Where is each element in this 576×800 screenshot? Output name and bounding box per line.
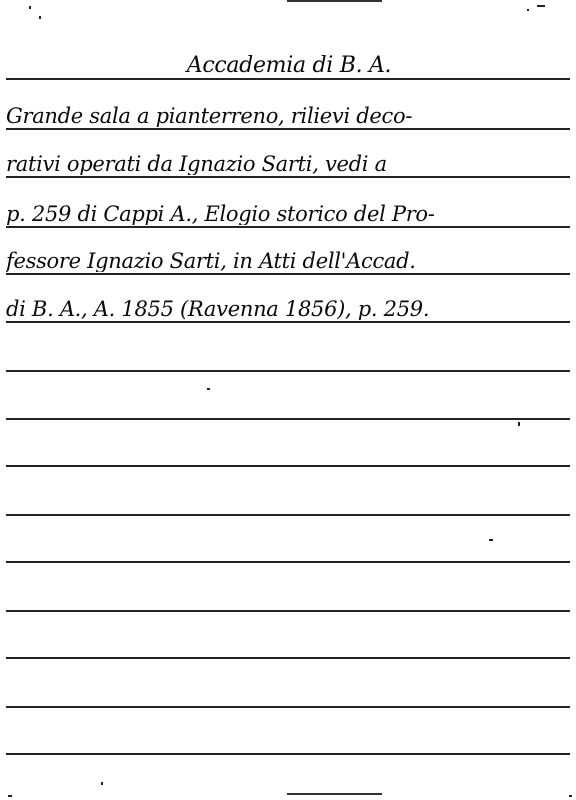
scan-speck bbox=[8, 795, 12, 797]
card-heading: Accademia di B. A. bbox=[6, 55, 572, 77]
text-line-2: rativi operati da Ignazio Sarti, vedi a bbox=[6, 154, 572, 175]
text-line-4: fessore Ignazio Sarti, in Atti dell'Acca… bbox=[6, 251, 572, 272]
text-line-1: Grande sala a pianterreno, rilievi deco- bbox=[6, 106, 572, 127]
ruled-line bbox=[6, 226, 570, 228]
ruled-line bbox=[6, 706, 570, 708]
scan-speck bbox=[537, 5, 545, 7]
scan-speck bbox=[518, 422, 520, 426]
ruled-line bbox=[6, 561, 570, 563]
text-line-5: di B. A., A. 1855 (Ravenna 1856), p. 259… bbox=[6, 299, 572, 320]
ruled-line bbox=[6, 321, 570, 323]
scan-speck bbox=[101, 782, 103, 785]
scan-speck bbox=[29, 6, 31, 9]
ruled-line bbox=[6, 610, 570, 612]
ruled-line bbox=[6, 514, 570, 516]
ruled-line bbox=[6, 465, 570, 467]
ruled-line bbox=[6, 370, 570, 372]
scan-speck bbox=[207, 388, 210, 390]
ruled-line bbox=[6, 753, 570, 755]
ruled-line bbox=[6, 657, 570, 659]
scan-speck bbox=[489, 539, 493, 541]
ruled-line bbox=[6, 78, 570, 80]
text-line-3: p. 259 di Cappi A., Elogio storico del P… bbox=[6, 204, 572, 225]
card-edge-mark-top bbox=[287, 0, 382, 2]
catalog-card: Accademia di B. A. Grande sala a pianter… bbox=[0, 0, 576, 800]
card-edge-mark-bottom bbox=[287, 793, 382, 795]
ruled-line bbox=[6, 418, 570, 420]
ruled-line bbox=[6, 176, 570, 178]
scan-speck bbox=[569, 795, 572, 797]
ruled-line bbox=[6, 273, 570, 275]
scan-speck bbox=[39, 16, 41, 19]
scan-speck bbox=[527, 9, 529, 11]
ruled-line bbox=[6, 128, 570, 130]
